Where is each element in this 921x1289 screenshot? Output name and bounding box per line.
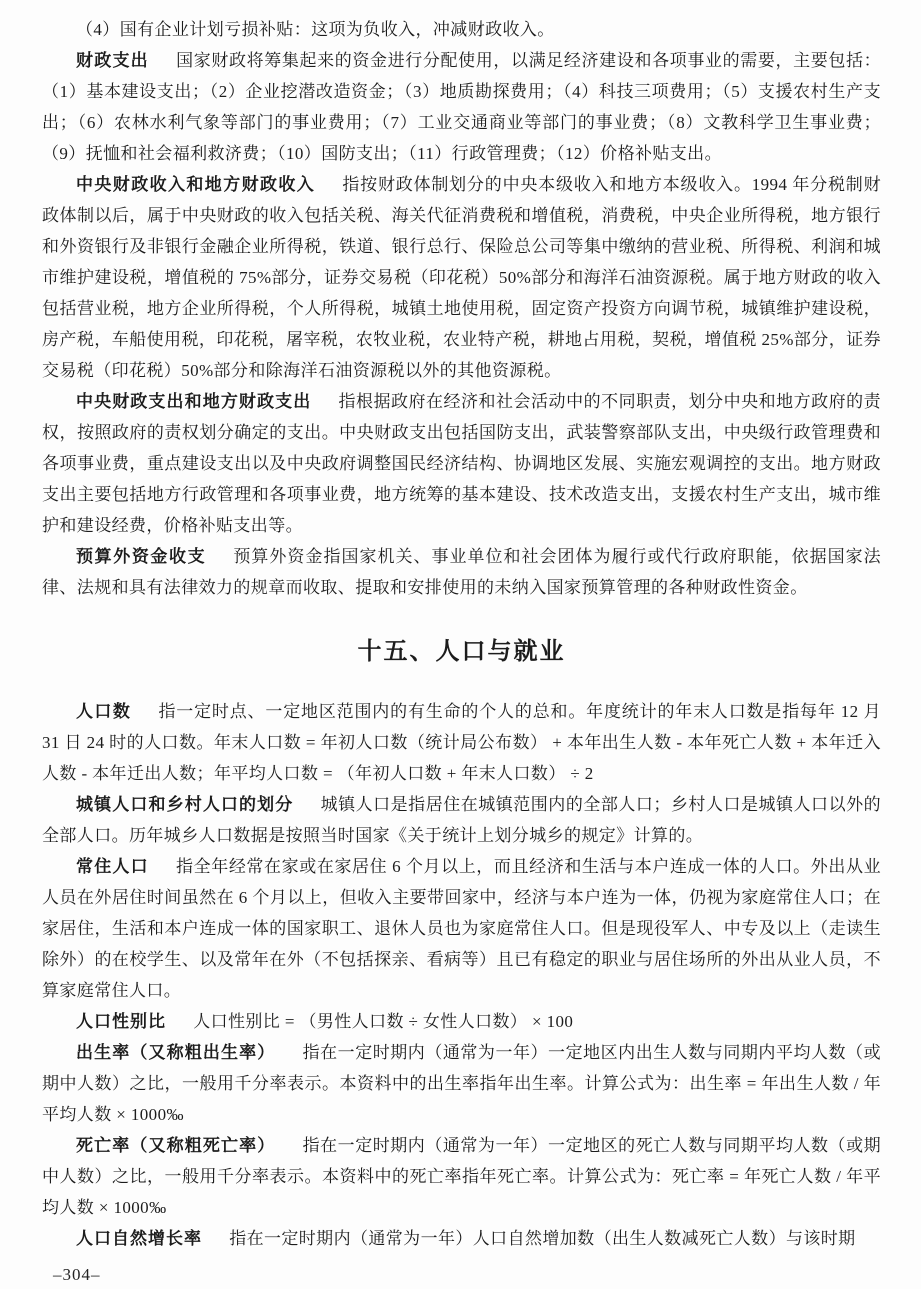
paragraph-text: 指全年经常在家或在家居住 6 个月以上，而且经济和生活与本户连成一体的人口。外出… (42, 857, 881, 1000)
paragraph-natural-growth-rate: 人口自然增长率指在一定时期内（通常为一年）人口自然增加数（出生人数减死亡人数）与… (42, 1223, 881, 1254)
paragraph-extrabudgetary-funds: 预算外资金收支预算外资金指国家机关、事业单位和社会团体为履行或代行政府职能，依据… (42, 541, 881, 603)
paragraph-text: 指按财政体制划分的中央本级收入和地方本级收入。1994 年分税制财政体制以后，属… (42, 175, 881, 380)
term-label: 城镇人口和乡村人口的划分 (76, 795, 293, 814)
term-label: 预算外资金收支 (76, 547, 206, 566)
term-label: 人口自然增长率 (76, 1229, 202, 1248)
paragraph-subsidy-item: （4）国有企业计划亏损补贴：这项为负收入，冲减财政收入。 (42, 14, 881, 45)
paragraph-text: 指在一定时期内（通常为一年）人口自然增加数（出生人数减死亡人数）与该时期 (229, 1229, 855, 1248)
paragraph-resident-population: 常住人口指全年经常在家或在家居住 6 个月以上，而且经济和生活与本户连成一体的人… (42, 851, 881, 1006)
paragraph-sex-ratio: 人口性别比人口性别比 = （男性人口数 ÷ 女性人口数） × 100 (42, 1006, 881, 1037)
term-label: 中央财政收入和地方财政收入 (76, 175, 315, 194)
term-label: 出生率（又称粗出生率） (76, 1043, 275, 1062)
paragraph-text: （4）国有企业计划亏损补贴：这项为负收入，冲减财政收入。 (76, 20, 555, 39)
document-page: （4）国有企业计划亏损补贴：这项为负收入，冲减财政收入。 财政支出国家财政将筹集… (0, 0, 921, 1289)
term-label: 财政支出 (76, 51, 149, 70)
paragraph-urban-rural-division: 城镇人口和乡村人口的划分城镇人口是指居住在城镇范围内的全部人口；乡村人口是城镇人… (42, 789, 881, 851)
page-content: （4）国有企业计划亏损补贴：这项为负收入，冲减财政收入。 财政支出国家财政将筹集… (42, 14, 881, 1254)
page-number: –304– (53, 1265, 101, 1285)
paragraph-text: 国家财政将筹集起来的资金进行分配使用，以满足经济建设和各项事业的需要，主要包括：… (42, 51, 881, 163)
paragraph-text: 指一定时点、一定地区范围内的有生命的个人的总和。年度统计的年末人口数是指每年 1… (42, 702, 881, 783)
term-label: 人口性别比 (76, 1012, 166, 1031)
paragraph-text: 人口性别比 = （男性人口数 ÷ 女性人口数） × 100 (193, 1012, 573, 1031)
section-heading: 十五、人口与就业 (42, 636, 881, 667)
paragraph-fiscal-expenditure: 财政支出国家财政将筹集起来的资金进行分配使用，以满足经济建设和各项事业的需要，主… (42, 45, 881, 169)
paragraph-death-rate: 死亡率（又称粗死亡率）指在一定时期内（通常为一年）一定地区的死亡人数与同期平均人… (42, 1130, 881, 1223)
paragraph-birth-rate: 出生率（又称粗出生率）指在一定时期内（通常为一年）一定地区内出生人数与同期内平均… (42, 1037, 881, 1130)
term-label: 死亡率（又称粗死亡率） (76, 1136, 275, 1155)
term-label: 中央财政支出和地方财政支出 (76, 392, 311, 411)
term-label: 常住人口 (76, 857, 149, 876)
paragraph-text: 指根据政府在经济和社会活动中的不同职责，划分中央和地方政府的责权，按照政府的责权… (42, 392, 881, 535)
paragraph-population-count: 人口数指一定时点、一定地区范围内的有生命的个人的总和。年度统计的年末人口数是指每… (42, 696, 881, 789)
paragraph-central-local-revenue: 中央财政收入和地方财政收入指按财政体制划分的中央本级收入和地方本级收入。1994… (42, 169, 881, 386)
term-label: 人口数 (76, 702, 131, 721)
paragraph-central-local-expenditure: 中央财政支出和地方财政支出指根据政府在经济和社会活动中的不同职责，划分中央和地方… (42, 386, 881, 541)
